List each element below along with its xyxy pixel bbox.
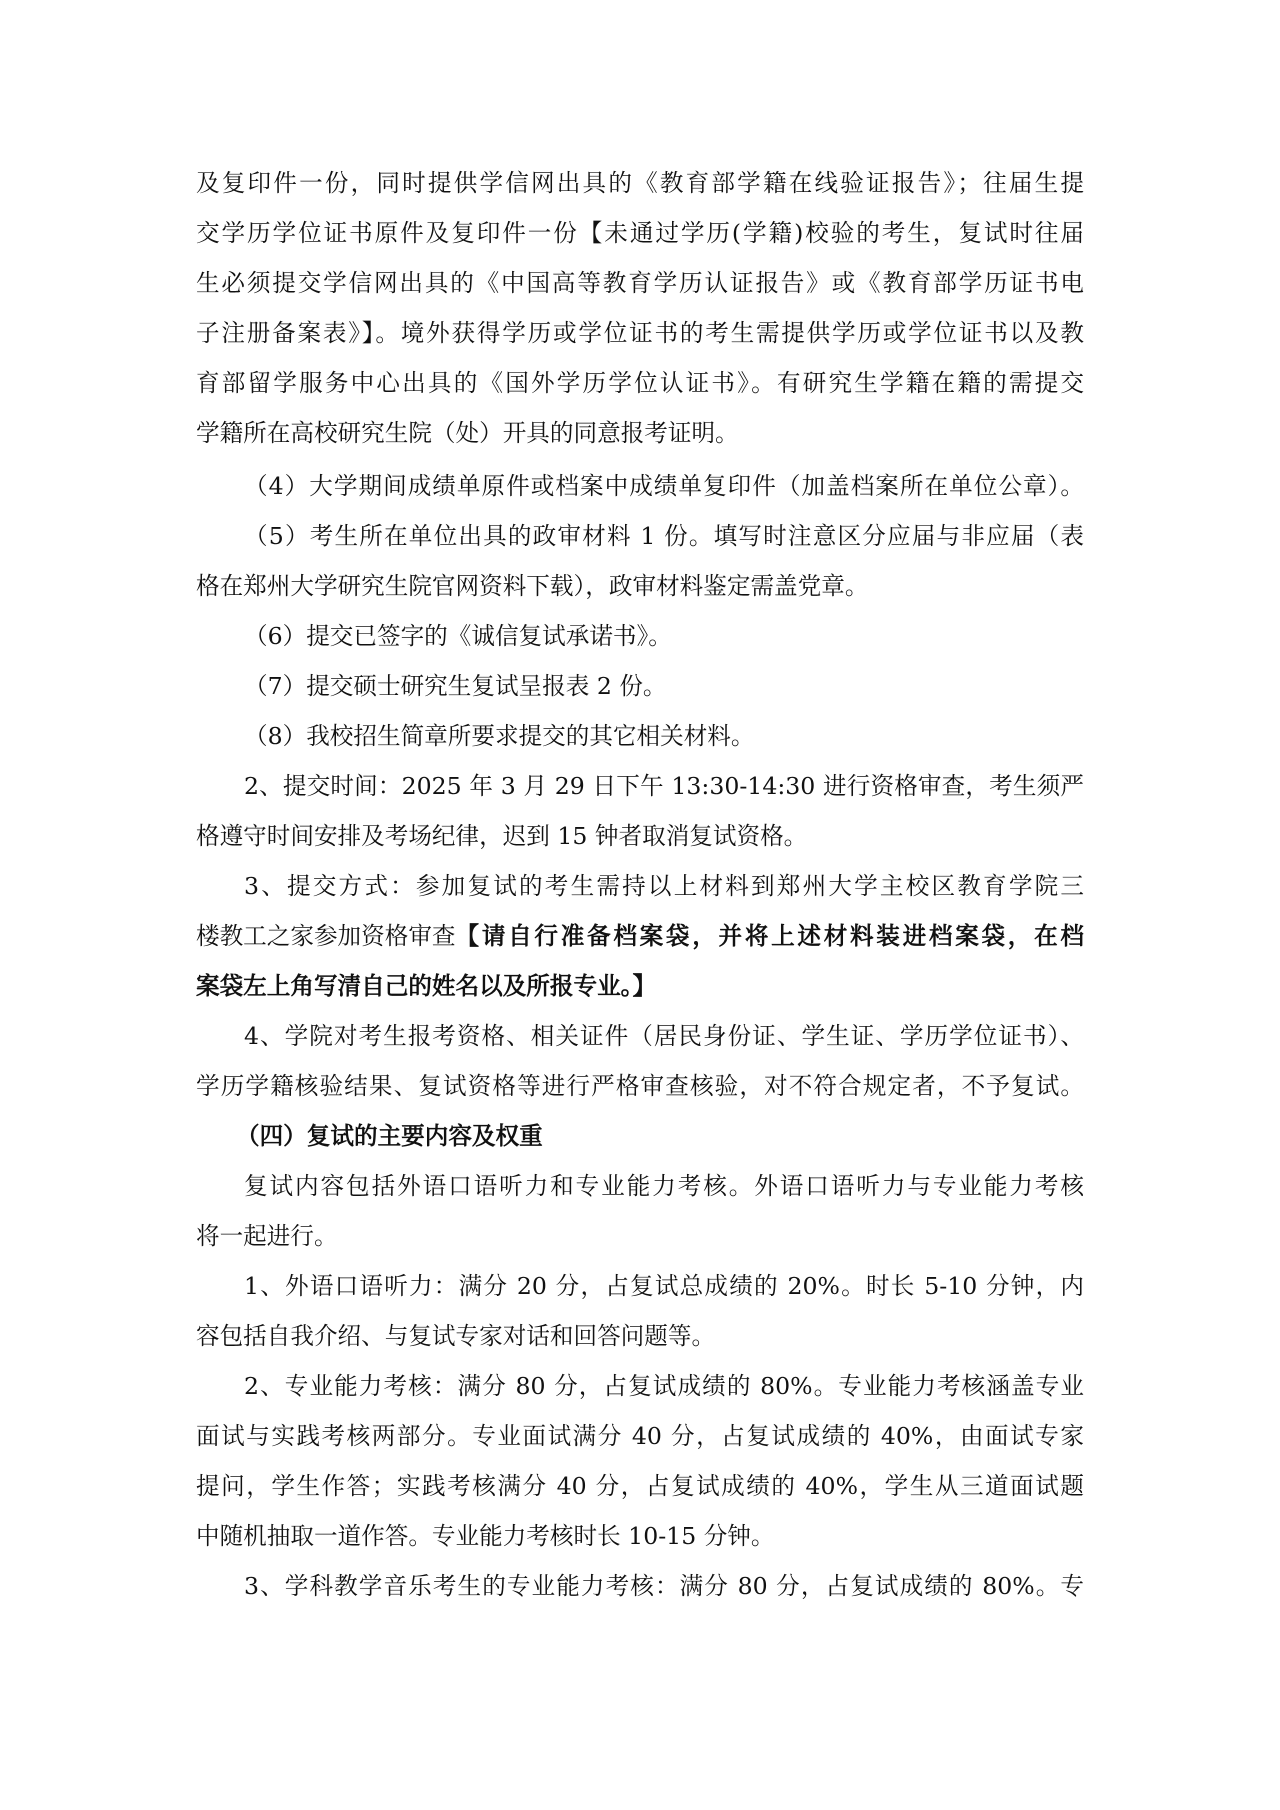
text-line: 格在郑州大学研究生院官网资料下载），政审材料鉴定需盖党章。 [196,561,1084,611]
text-fragment: 楼教工之家参加资格审查 [196,911,456,961]
text-line: 4、学院对考生报考资格、相关证件（居民身份证、学生证、学历学位证书）、 [196,1011,1084,1061]
text-line: 育部留学服务中心出具的《国外学历学位认证书》。有研究生学籍在籍的需提交 [196,358,1084,408]
text-line: 3、学科教学音乐考生的专业能力考核：满分 80 分，占复试成绩的 80%。专 [196,1561,1084,1611]
text-line: 及复印件一份，同时提供学信网出具的《教育部学籍在线验证报告》；往届生提 [196,158,1084,208]
text-line: 子注册备案表》】。境外获得学历或学位证书的考生需提供学历或学位证书以及教 [196,308,1084,358]
list-item-5: （5）考生所在单位出具的政审材料 1 份。填写时注意区分应届与非应届（表 格在郑… [196,511,1084,611]
text-line: 容包括自我介绍、与复试专家对话和回答问题等。 [196,1311,1084,1361]
paragraph-submit-time: 2、提交时间：2025 年 3 月 29 日下午 13:30-14:30 进行资… [196,761,1084,861]
text-line: （7）提交硕士研究生复试呈报表 2 份。 [196,661,1084,711]
paragraph-professional: 2、专业能力考核：满分 80 分，占复试成绩的 80%。专业能力考核涵盖专业 面… [196,1361,1084,1561]
text-line: 2、提交时间：2025 年 3 月 29 日下午 13:30-14:30 进行资… [196,761,1084,811]
text-line: 生必须提交学信网出具的《中国高等教育学历认证报告》或《教育部学历证书电 [196,258,1084,308]
paragraph-foreign-language: 1、外语口语听力：满分 20 分，占复试总成绩的 20%。时长 5-10 分钟，… [196,1261,1084,1361]
text-line: 提问，学生作答；实践考核满分 40 分，占复试成绩的 40%，学生从三道面试题 [196,1461,1084,1511]
bold-notice-line: 案袋左上角写清自己的姓名以及所报专业。】 [196,961,1084,1011]
text-line: 交学历学位证书原件及复印件一份【未通过学历(学籍)校验的考生，复试时往届 [196,208,1084,258]
text-line: 将一起进行。 [196,1211,1084,1261]
text-line: 学籍所在高校研究生院（处）开具的同意报考证明。 [196,408,1084,458]
text-line: 面试与实践考核两部分。专业面试满分 40 分，占复试成绩的 40%，由面试专家 [196,1411,1084,1461]
text-line: 3、提交方式：参加复试的考生需持以上材料到郑州大学主校区教育学院三 [196,861,1084,911]
paragraph-materials-continuation: 及复印件一份，同时提供学信网出具的《教育部学籍在线验证报告》；往届生提 交学历学… [196,158,1084,458]
list-item-7: （7）提交硕士研究生复试呈报表 2 份。 [196,661,1084,711]
list-item-8: （8）我校招生简章所要求提交的其它相关材料。 [196,711,1084,761]
paragraph-verification: 4、学院对考生报考资格、相关证件（居民身份证、学生证、学历学位证书）、 学历学籍… [196,1011,1084,1111]
list-item-6: （6）提交已签字的《诚信复试承诺书》。 [196,611,1084,661]
bold-notice-fragment: 【请自行准备档案袋，并将上述材料装进档案袋，在档 [456,911,1084,961]
paragraph-submit-method: 3、提交方式：参加复试的考生需持以上材料到郑州大学主校区教育学院三 楼教工之家参… [196,861,1084,1011]
text-line: （5）考生所在单位出具的政审材料 1 份。填写时注意区分应届与非应届（表 [196,511,1084,561]
text-line: （6）提交已签字的《诚信复试承诺书》。 [196,611,1084,661]
text-line: 学历学籍核验结果、复试资格等进行严格审查核验，对不符合规定者，不予复试。 [196,1061,1084,1111]
text-line: 中随机抽取一道作答。专业能力考核时长 10-15 分钟。 [196,1511,1084,1561]
paragraph-music: 3、学科教学音乐考生的专业能力考核：满分 80 分，占复试成绩的 80%。专 [196,1561,1084,1611]
paragraph-content-intro: 复试内容包括外语口语听力和专业能力考核。外语口语听力与专业能力考核 将一起进行。 [196,1161,1084,1261]
document-page: 及复印件一份，同时提供学信网出具的《教育部学籍在线验证报告》；往届生提 交学历学… [196,158,1084,1611]
text-line: （4）大学期间成绩单原件或档案中成绩单复印件（加盖档案所在单位公章）。 [196,461,1084,511]
text-line: （8）我校招生简章所要求提交的其它相关材料。 [196,711,1084,761]
list-item-4: （4）大学期间成绩单原件或档案中成绩单复印件（加盖档案所在单位公章）。 [196,461,1084,511]
text-line: 楼教工之家参加资格审查 【请自行准备档案袋，并将上述材料装进档案袋，在档 [196,911,1084,961]
text-line: 格遵守时间安排及考场纪律，迟到 15 钟者取消复试资格。 [196,811,1084,861]
text-line: 2、专业能力考核：满分 80 分，占复试成绩的 80%。专业能力考核涵盖专业 [196,1361,1084,1411]
section-heading: （四）复试的主要内容及权重 [196,1111,1084,1161]
text-line: 1、外语口语听力：满分 20 分，占复试总成绩的 20%。时长 5-10 分钟，… [196,1261,1084,1311]
text-line: 复试内容包括外语口语听力和专业能力考核。外语口语听力与专业能力考核 [196,1161,1084,1211]
